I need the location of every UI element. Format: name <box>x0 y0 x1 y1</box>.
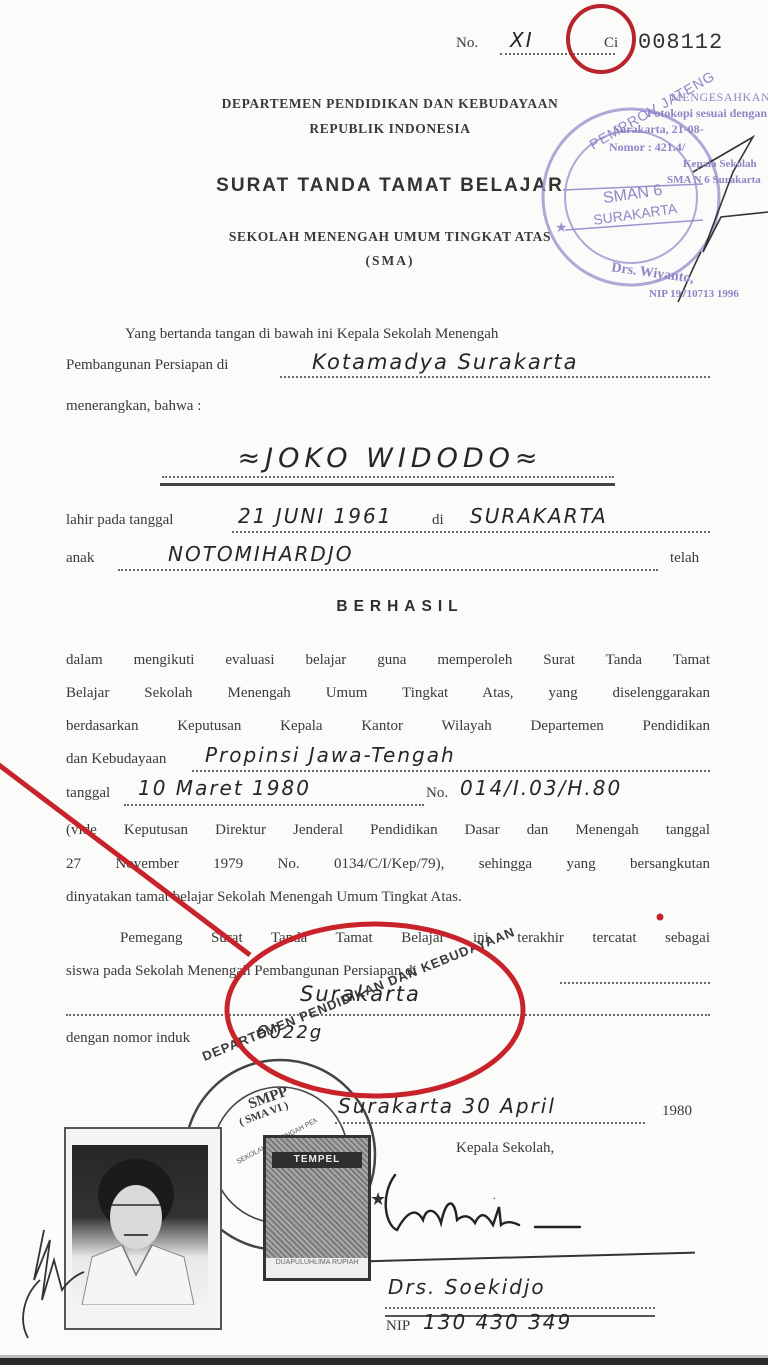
issue-date-dots <box>335 1122 645 1124</box>
headmaster-name-dots <box>385 1307 655 1309</box>
nip-handwritten: 130 430 349 <box>423 1310 572 1334</box>
revenue-stamp-value: DUAPULUHLIMA RUPIAH <box>266 1258 368 1278</box>
headmaster-title: Kepala Sekolah, <box>456 1140 554 1157</box>
bottom-edge <box>0 1355 768 1365</box>
nip-label: NIP <box>386 1318 410 1335</box>
svg-text:.: . <box>493 1191 496 1202</box>
revenue-stamp-label: TEMPEL <box>272 1152 362 1168</box>
issue-year: 1980 <box>662 1103 692 1120</box>
photo-signature <box>14 1220 84 1340</box>
headmaster-signature: . <box>375 1165 615 1245</box>
headmaster-name: Drs. Soekidjo <box>388 1275 546 1299</box>
student-photo <box>72 1145 208 1305</box>
issue-date-handwritten: Surakarta 30 April <box>338 1094 556 1118</box>
